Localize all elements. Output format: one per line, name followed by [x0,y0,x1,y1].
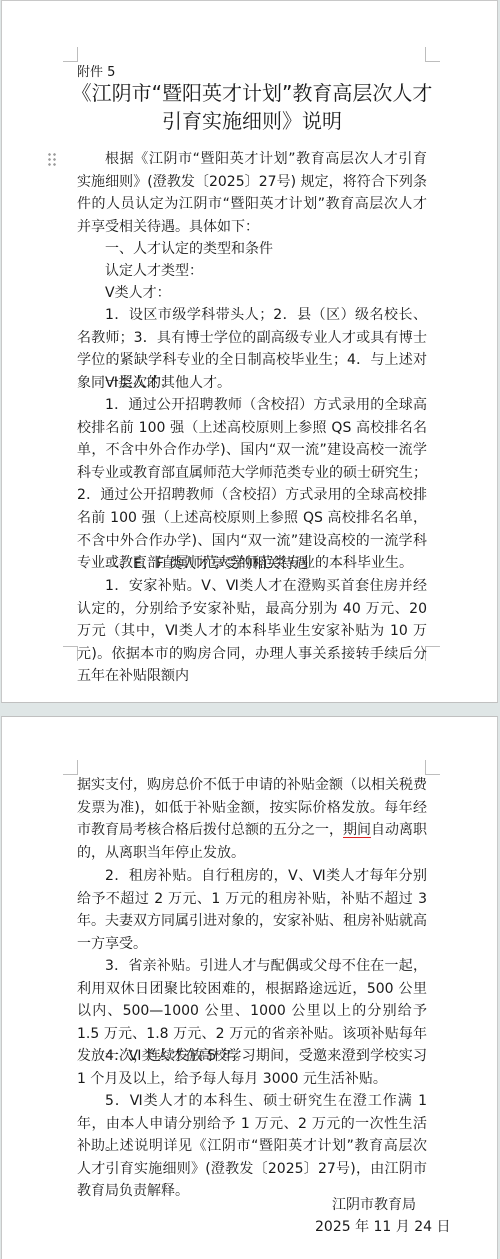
signature-organization: 江阴市教育局 [332,1194,416,1216]
subheading-talent-types[interactable]: 认定人才类型： [77,260,427,283]
document-title-line2: 引育实施细则》说明 [62,107,442,135]
signature-date: 2025 年 11 月 24 日 [315,1216,451,1238]
section-heading-2[interactable]: 二、E、F 类人才享受的相关待遇 [77,553,427,576]
drag-handle-icon[interactable] [47,152,57,166]
class-vi-criteria[interactable]: 1．通过公开招聘教师（含校招）方式录用的全球高校排名前 100 强（上述高校原则… [77,394,427,575]
internship-subsidy-paragraph[interactable]: 4．Ⅵ类人才在高校学习期间，受邀来澄到学校实习 1 个月及以上，给予每人每月 3… [77,1045,427,1090]
margin-corner-mark [63,646,78,661]
document-title-line1: 《江阴市“暨阳英才计划”教育高层次人才 [62,79,442,107]
margin-corner-mark [425,760,440,775]
couple-rule-paragraph[interactable]: 夫妻双方同属引进对象的，安家补贴、租房补贴就高一方享受。 [77,910,427,955]
margin-corner-mark [425,646,440,661]
intro-paragraph[interactable]: 根据《江阴市“暨阳英才计划”教育高层次人才引育实施细则》(澄教发〔2025〕27… [77,148,427,238]
subheading-class-v[interactable]: Ⅴ类人才： [77,282,427,305]
spellcheck-flagged-word[interactable]: 期间 [343,822,371,838]
housing-subsidy-continuation[interactable]: 据实支付，购房总价不低于申请的补贴金额（以相关税费发票为准)，如低于补贴金额，按… [77,774,427,864]
attachment-label: 附件 5 [77,61,115,80]
document-page-1: 附件 5 《江阴市“暨阳英才计划”教育高层次人才 引育实施细则》说明 根据《江阴… [1,0,498,703]
document-page-2: 据实支付，购房总价不低于申请的补贴金额（以相关税费发票为准)，如低于补贴金额，按… [1,716,498,1259]
subheading-class-vi[interactable]: Ⅵ类人才： [77,372,427,395]
margin-corner-mark [425,47,440,62]
section-heading-1[interactable]: 一、人才认定的类型和条件 [77,238,427,261]
interpretation-paragraph[interactable]: 上述说明详见《江阴市“暨阳英才计划”教育高层次人才引育实施细则》(澄教发〔202… [77,1135,427,1203]
margin-corner-mark [63,47,78,62]
margin-corner-mark [63,760,78,775]
housing-subsidy-paragraph[interactable]: 1．安家补贴。Ⅴ、Ⅵ类人才在澄购买首套住房并经认定的，分别给予安家补贴，最高分别… [77,575,427,688]
